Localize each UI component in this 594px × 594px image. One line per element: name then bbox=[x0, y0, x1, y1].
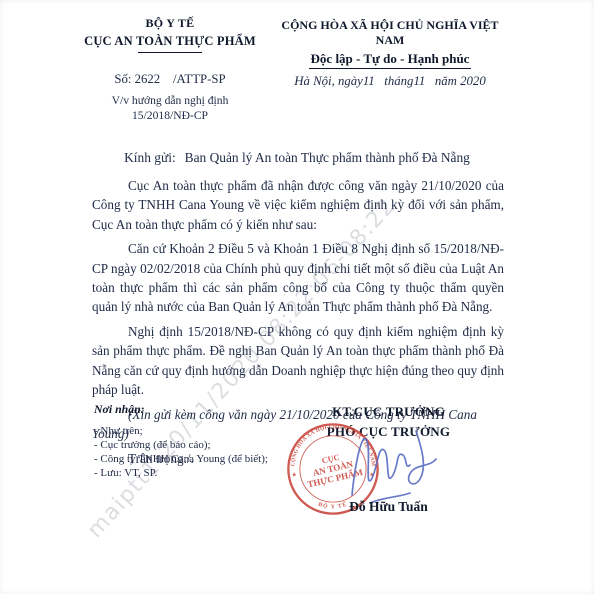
ministry-name: BỘ Y TẾ bbox=[60, 16, 280, 31]
salutation-label: Kính gửi: bbox=[124, 150, 176, 165]
salutation: Kính gửi:Ban Quản lý An toàn Thực phẩm t… bbox=[0, 150, 594, 166]
agency-name: CỤC AN TOÀN THỰC PHẨM bbox=[60, 34, 280, 49]
handwritten-signature-icon bbox=[336, 417, 454, 509]
signer-name: Đỗ Hữu Tuấn bbox=[296, 499, 481, 515]
document-subject: V/v hướng dẫn nghị định 15/2018/NĐ-CP bbox=[60, 93, 280, 123]
paragraph-1: Cục An toàn thực phẩm đã nhận được công … bbox=[92, 176, 504, 234]
national-title: CỘNG HÒA XÃ HỘI CHỦ NGHĨA VIỆT NAM bbox=[272, 18, 508, 48]
document-number: Số: 2622 /ATTP-SP bbox=[60, 72, 280, 87]
subject-line-1: V/v hướng dẫn nghị định bbox=[60, 93, 280, 108]
paragraph-3: Nghị định 15/2018/NĐ-CP không có quy địn… bbox=[92, 322, 504, 399]
header-issuing-agency: BỘ Y TẾ CỤC AN TOÀN THỰC PHẨM bbox=[60, 16, 280, 53]
place-date-line: Hà Nội, ngày11 tháng11 năm 2020 bbox=[272, 74, 508, 89]
paragraph-2: Căn cứ Khoản 2 Điều 5 và Khoản 1 Điều 8 … bbox=[92, 239, 504, 316]
document-page: maiptt1-20/11/2020 08:22:06-08:22 BỘ Y T… bbox=[0, 0, 594, 594]
agency-underline bbox=[138, 52, 202, 53]
salutation-recipient: Ban Quản lý An toàn Thực phẩm thành phố … bbox=[185, 150, 470, 165]
stamp-star-left-icon: ★ bbox=[292, 472, 297, 479]
subject-line-2: 15/2018/NĐ-CP bbox=[60, 108, 280, 123]
header-national: CỘNG HÒA XÃ HỘI CHỦ NGHĨA VIỆT NAM Độc l… bbox=[272, 18, 508, 69]
national-motto: Độc lập - Tự do - Hạnh phúc bbox=[309, 51, 472, 69]
document-reference: Số: 2622 /ATTP-SP V/v hướng dẫn nghị địn… bbox=[60, 72, 280, 123]
recipients-label: Nơi nhận: bbox=[94, 402, 324, 417]
